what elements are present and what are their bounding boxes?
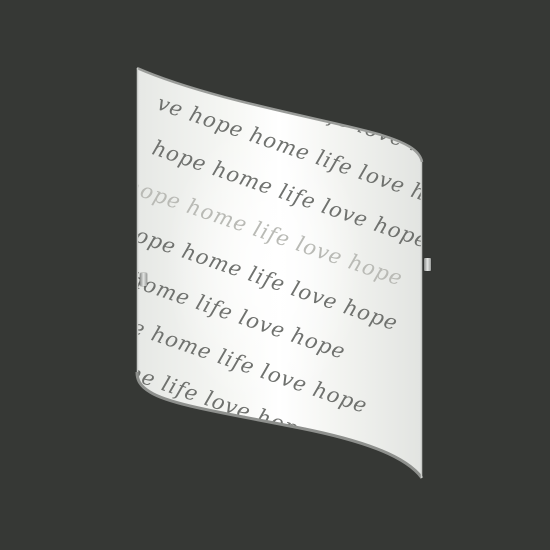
right-mount-bracket [424,258,431,271]
left-mount-bracket [140,273,147,286]
product-photo: ove hope home life love hope home life l… [0,0,550,550]
lamp-shade: ove hope home life love hope home life l… [0,0,550,550]
